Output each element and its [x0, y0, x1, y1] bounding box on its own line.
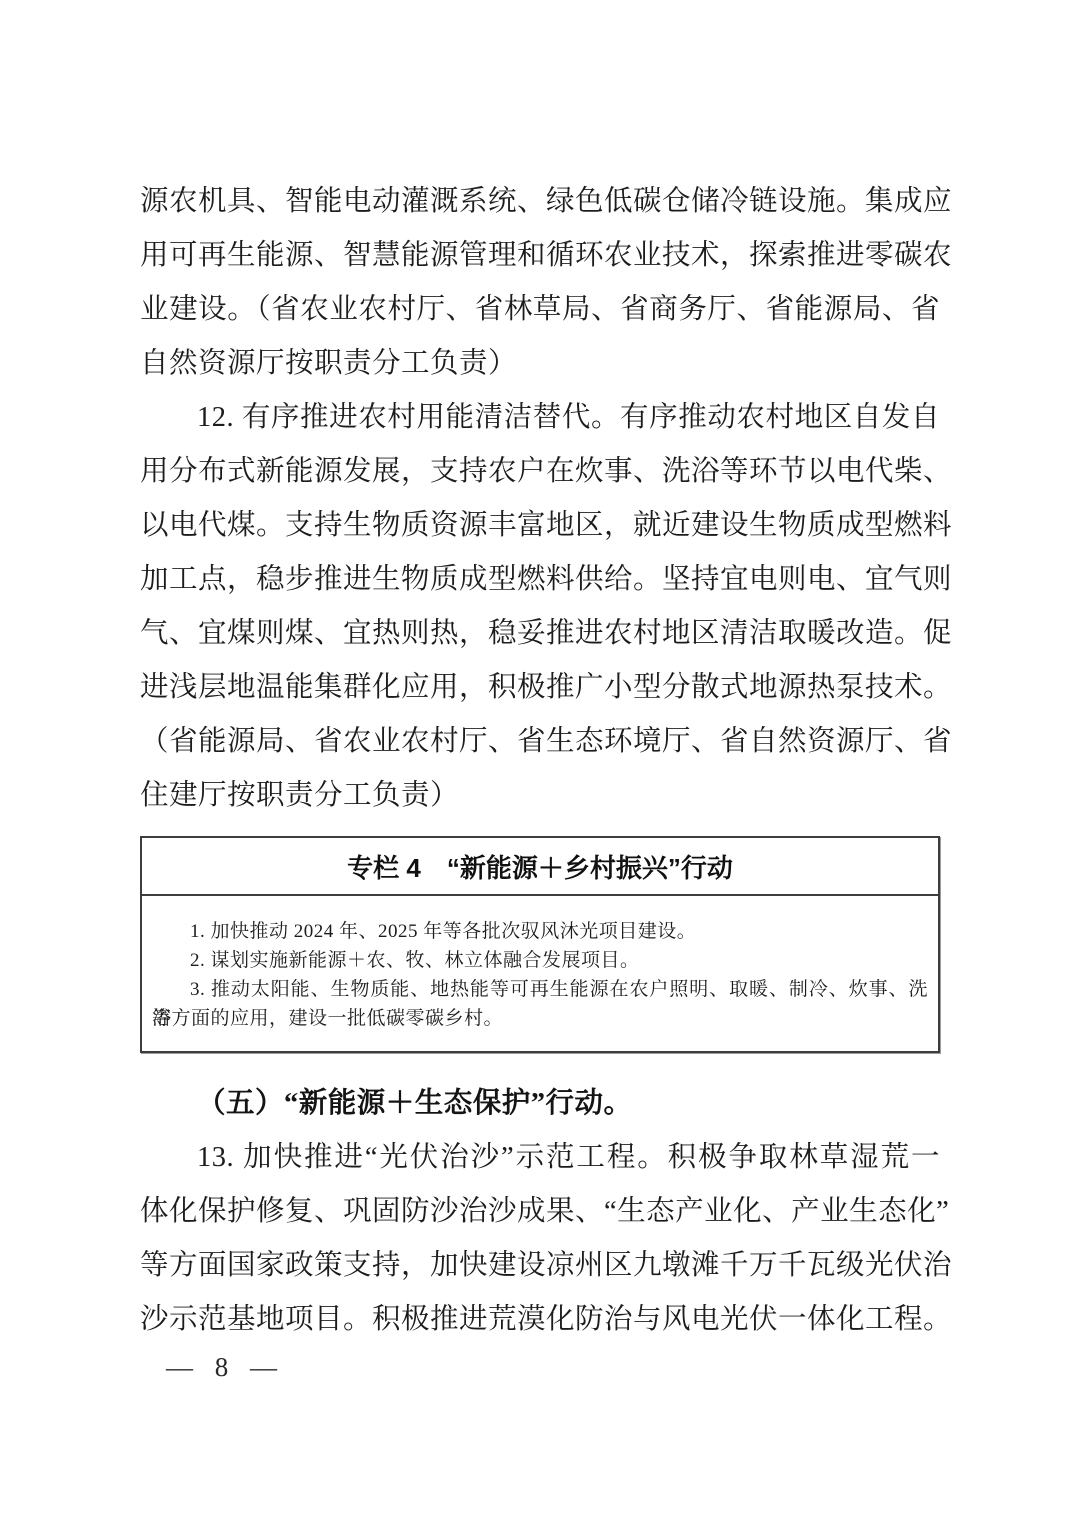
text-line: 加工点，稳步推进生物质成型燃料供给。坚持宜电则电、宜气则: [140, 553, 940, 607]
paragraph-12: 12. 有序推进农村用能清洁替代。有序推动农村地区自发自 用分布式新能源发展，支…: [140, 391, 940, 823]
text-line: 源农机具、智能电动灌溉系统、绿色低碳仓储冷链设施。集成应: [140, 175, 940, 229]
feature-box-body: 1. 加快推动 2024 年、2025 年等各批次驭风沐光项目建设。 2. 谋划…: [142, 896, 938, 1051]
box-list-item-continuation: 等方面的应用，建设一批低碳零碳乡村。: [152, 1004, 928, 1033]
text-line: 用分布式新能源发展，支持农户在炊事、洗浴等环节以电代柴、: [140, 445, 940, 499]
text-line: 业建设。（省农业农村厅、省林草局、省商务厅、省能源局、省: [140, 283, 940, 337]
feature-box-4: 专栏 4 “新能源＋乡村振兴”行动 1. 加快推动 2024 年、2025 年等…: [140, 836, 940, 1053]
box-list-item: 3. 推动太阳能、生物质能、地热能等可再生能源在农户照明、取暖、制冷、炊事、洗浴: [152, 975, 928, 1004]
feature-box-title: 专栏 4 “新能源＋乡村振兴”行动: [142, 838, 938, 896]
page-number: — 8 —: [166, 1352, 278, 1383]
text-line: 进浅层地温能集群化应用，积极推广小型分散式地源热泵技术。: [140, 661, 940, 715]
box-list-item: 1. 加快推动 2024 年、2025 年等各批次驭风沐光项目建设。: [152, 917, 928, 946]
intro-paragraph: 源农机具、智能电动灌溉系统、绿色低碳仓储冷链设施。集成应 用可再生能源、智慧能源…: [140, 175, 940, 391]
paragraph-13: 13. 加快推进“光伏治沙”示范工程。积极争取林草湿荒一 体化保护修复、巩固防沙…: [140, 1131, 940, 1347]
text-line: （省能源局、省农业农村厅、省生态环境厅、省自然资源厅、省: [140, 715, 940, 769]
text-line: 以电代煤。支持生物质资源丰富地区，就近建设生物质成型燃料: [140, 499, 940, 553]
text-line: 体化保护修复、巩固防沙治沙成果、“生态产业化、产业生态化”: [140, 1185, 940, 1239]
text-line: 用可再生能源、智慧能源管理和循环农业技术，探索推进零碳农: [140, 229, 940, 283]
text-line: 气、宜煤则煤、宜热则热，稳妥推进农村地区清洁取暖改造。促: [140, 607, 940, 661]
text-line: 沙示范基地项目。积极推进荒漠化防治与风电光伏一体化工程。: [140, 1293, 940, 1347]
box-list-item: 2. 谋划实施新能源＋农、牧、林立体融合发展项目。: [152, 946, 928, 975]
text-line: 等方面国家政策支持，加快建设凉州区九墩滩千万千瓦级光伏治: [140, 1239, 940, 1293]
text-line: 自然资源厅按职责分工负责）: [140, 337, 940, 391]
document-body: 源农机具、智能电动灌溉系统、绿色低碳仓储冷链设施。集成应 用可再生能源、智慧能源…: [140, 175, 940, 1347]
section-5-heading: （五）“新能源＋生态保护”行动。: [140, 1077, 940, 1131]
text-line: 住建厅按职责分工负责）: [140, 769, 940, 823]
text-line: 12. 有序推进农村用能清洁替代。有序推动农村地区自发自: [140, 391, 940, 445]
text-line: 13. 加快推进“光伏治沙”示范工程。积极争取林草湿荒一: [140, 1131, 940, 1185]
